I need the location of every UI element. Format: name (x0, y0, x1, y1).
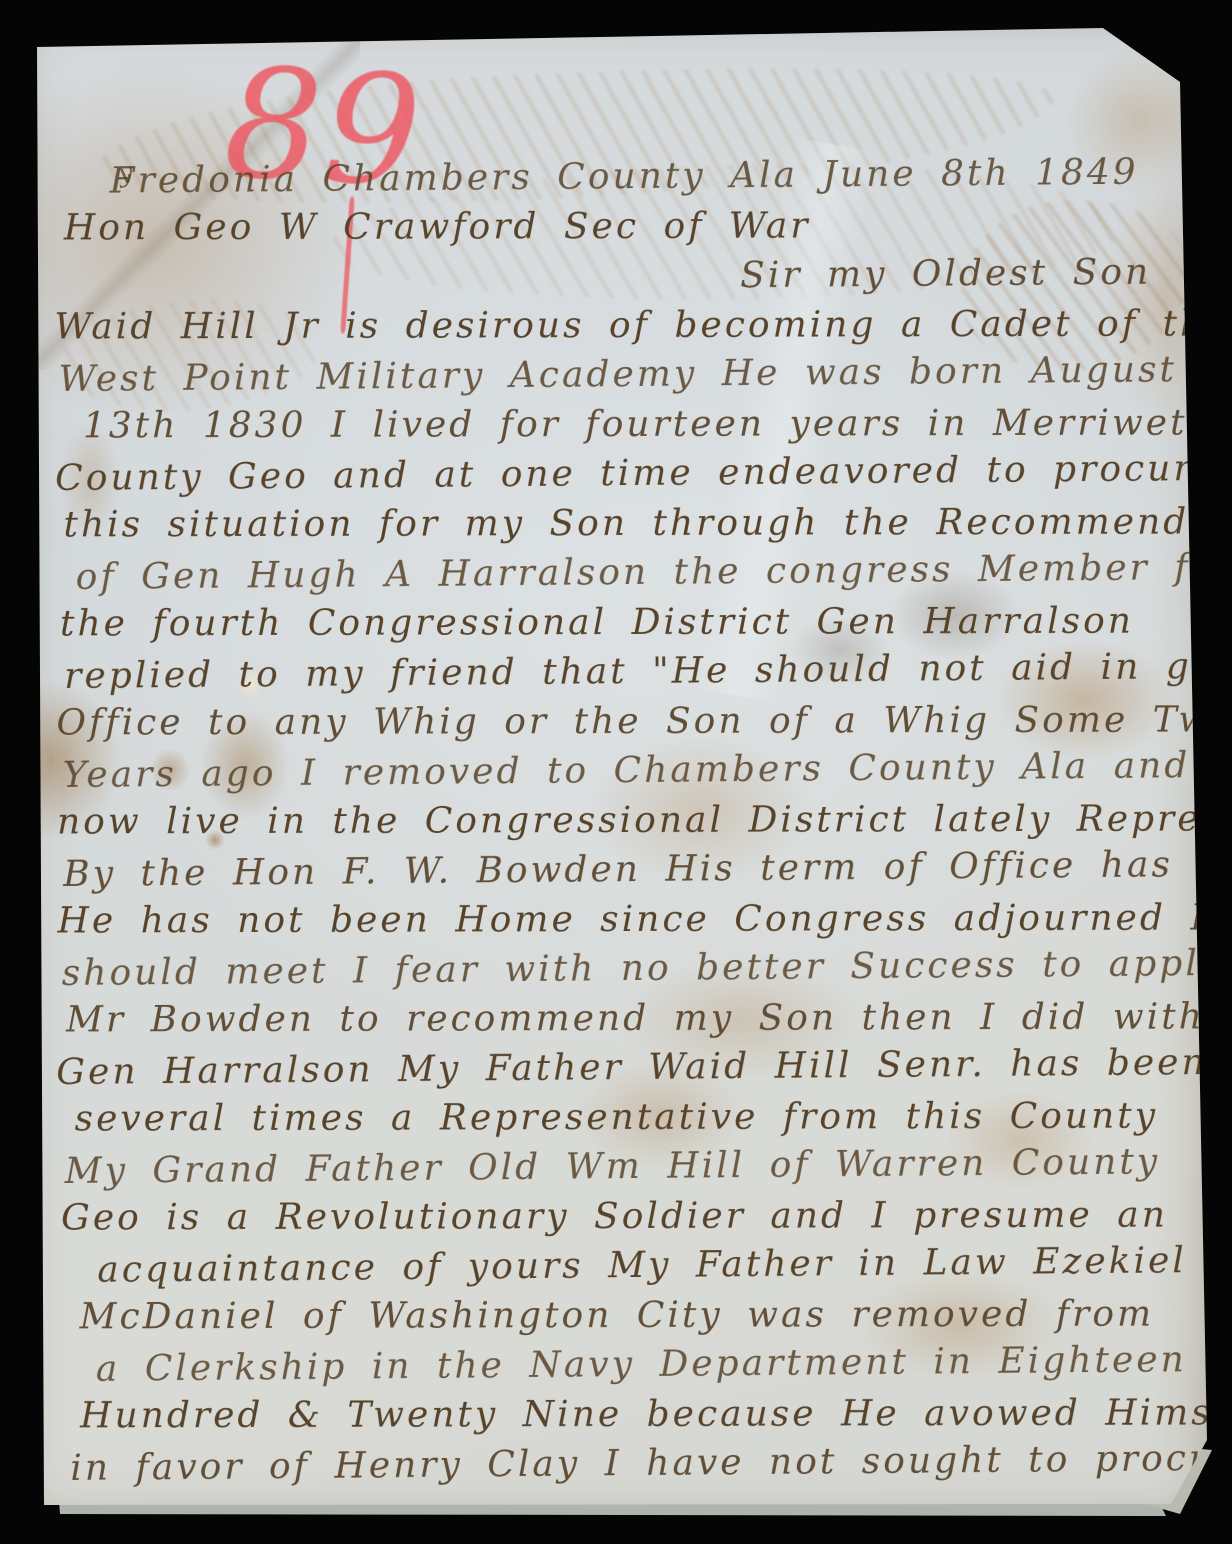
letter-line: Hundred & Twenty Nine because He avowed … (80, 1388, 1208, 1440)
letter-line: West Point Military Academy He was born … (58, 345, 1202, 404)
letter-line: in favor of Henry Clay I have not sought… (70, 1434, 1208, 1493)
letter-line: this situation for my Son through the Re… (63, 497, 1203, 549)
letter-line: Years ago I removed to Chambers County A… (63, 741, 1205, 800)
letter-line: He has not been Home since Congress adjo… (57, 893, 1205, 946)
letter-line: replied to my friend that "He should not… (64, 642, 1204, 701)
letter-line: acquaintance of yours My Father in Law E… (97, 1236, 1207, 1295)
letter-line: County Geo and at one time endeavored to… (55, 444, 1203, 504)
letter-line: Fredonia Chambers County Ala June 8th 18… (109, 147, 1201, 206)
letter-line: now live in the Congressional District l… (57, 794, 1205, 847)
letter-line: Waid Hill Jr is desirous of becoming a C… (54, 299, 1202, 352)
letter-line: My Grand Father Old Wm Hill of Warren Co… (65, 1137, 1207, 1196)
scanned-letter-page: 89 y Fredonia Chambers County Ala June 8… (0, 0, 1232, 1544)
letter-line: By the Hon F. W. Bowden His term of Offi… (63, 840, 1205, 899)
letter-line: Sir my Oldest Son (740, 247, 1202, 301)
letter-line: Geo is a Revolutionary Soldier and I pre… (61, 1190, 1207, 1243)
letter-line: should meet I fear with no better Succes… (62, 939, 1206, 998)
letter-line: Office to any Whig or the Son of a Whig … (56, 695, 1204, 748)
letter-line: of Gen Hugh A Harralson the congress Mem… (76, 543, 1204, 602)
letter-line: several times a Representative from this… (74, 1091, 1206, 1143)
handwritten-letter-text: Fredonia Chambers County Ala June 8th 18… (52, 149, 1209, 1492)
letter-line: 13th 1830 I lived for fourteen years in … (83, 398, 1203, 450)
letter-line: McDaniel of Washington City was removed … (80, 1289, 1208, 1341)
letter-line: Gen Harralson My Father Waid Hill Senr. … (56, 1038, 1206, 1098)
letter-line: the fourth Congressional District Gen Ha… (60, 596, 1204, 648)
letter-line: a Clerkship in the Navy Department in Ei… (96, 1335, 1208, 1394)
letter-line: Hon Geo W Crawford Sec of War (64, 200, 1202, 252)
letter-line: Mr Bowden to recommend my Son then I did… (66, 992, 1206, 1044)
letter-sheet: 89 y Fredonia Chambers County Ala June 8… (0, 0, 1232, 1544)
